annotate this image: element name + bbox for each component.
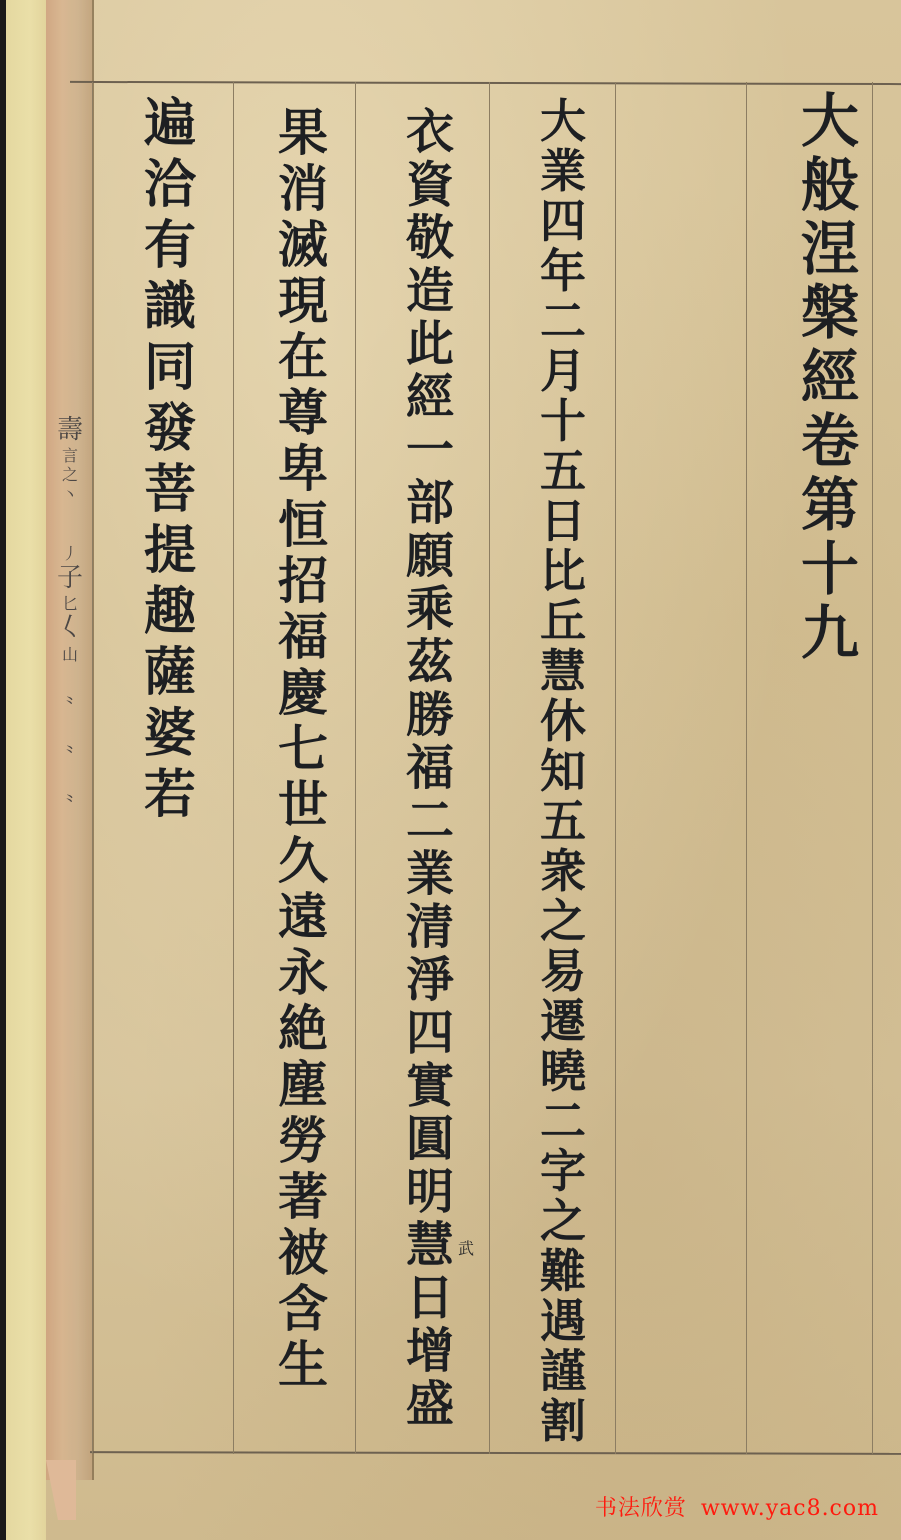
margin-note-char: 𡿨 [57, 613, 83, 644]
colophon-char: 遍 [144, 98, 196, 150]
margin-note-char: ⺀ [62, 694, 78, 713]
colophon-char: 月 [540, 348, 586, 394]
colophon-char: 塵 [278, 1060, 328, 1110]
colophon-char: 部 [406, 479, 454, 527]
margin-note: 壽 言 之 丶 丿 子 匕 𡿨 山 ⺀ ⺀ ⺀ [50, 415, 90, 811]
colophon-char: 慧 [406, 1221, 454, 1269]
colophon-char: 招 [278, 556, 328, 606]
interlinear-annotation: 武 [458, 1236, 474, 1259]
colophon-char: 洽 [144, 159, 196, 211]
colophon-char: 難 [540, 1248, 586, 1294]
column-ruling-line [615, 82, 616, 1454]
colophon-char: 生 [278, 1340, 328, 1390]
title-char: 第 [801, 476, 859, 534]
margin-note-char: 子 [57, 563, 83, 594]
colophon-char: 著 [278, 1172, 328, 1222]
colophon-char: 造 [406, 267, 454, 315]
colophon-char: 大 [540, 98, 586, 144]
colophon-char: 二 [540, 1098, 586, 1144]
margin-note-char: 壽 [57, 415, 83, 446]
colophon-char: 勞 [278, 1116, 328, 1166]
colophon-char: 知 [540, 748, 586, 794]
margin-note-char: 丿 [62, 544, 78, 563]
colophon-char: 提 [144, 525, 196, 577]
colophon-char: 增 [406, 1327, 454, 1375]
colophon-char: 尊 [278, 388, 328, 438]
colophon-char: 易 [540, 948, 586, 994]
colophon-char: 丘 [540, 598, 586, 644]
colophon-char: 發 [144, 403, 196, 455]
colophon-char: 衣 [406, 108, 454, 156]
colophon-char: 日 [406, 1274, 454, 1322]
colophon-char: 恒 [278, 500, 328, 550]
colophon-char: 趣 [144, 586, 196, 638]
colophon-char: 經 [406, 373, 454, 421]
margin-note-char: 言 [62, 446, 78, 465]
colophon-char: 二 [540, 298, 586, 344]
column-ruling-line [233, 82, 234, 1454]
colophon-char: 之 [540, 898, 586, 944]
colophon-char: 薩 [144, 647, 196, 699]
margin-note-char: ⺀ [62, 792, 78, 811]
colophon-char: 七 [278, 724, 328, 774]
colophon-char: 一 [406, 426, 454, 474]
colophon-char: 實 [406, 1062, 454, 1110]
colophon-char: 遷 [540, 998, 586, 1044]
colophon-char: 四 [540, 198, 586, 244]
colophon-char: 字 [540, 1148, 586, 1194]
colophon-char: 願 [406, 532, 454, 580]
colophon-char: 消 [278, 164, 328, 214]
watermark-url: www.yac8.com [701, 1496, 879, 1521]
column-ruling-line [872, 82, 873, 1454]
colophon-char: 年 [540, 248, 586, 294]
title-char: 般 [801, 156, 859, 214]
title-char: 九 [801, 604, 859, 662]
colophon-char: 滅 [278, 220, 328, 270]
colophon-char: 業 [406, 850, 454, 898]
margin-note-char: 匕 [62, 594, 78, 613]
colophon-char: 有 [144, 220, 196, 272]
colophon-char: 盛 [406, 1380, 454, 1428]
mounting-border [6, 0, 46, 1540]
colophon-char: 茲 [406, 638, 454, 686]
colophon-char: 若 [144, 769, 196, 821]
colophon-char: 圓 [406, 1115, 454, 1163]
colophon-char: 在 [278, 332, 328, 382]
colophon-char: 勝 [406, 691, 454, 739]
colophon-char: 十 [540, 398, 586, 444]
colophon-char: 五 [540, 798, 586, 844]
colophon-char: 遇 [540, 1298, 586, 1344]
title-char: 涅 [801, 220, 859, 278]
margin-note-char: 山 [62, 645, 78, 664]
colophon-char: 乘 [406, 585, 454, 633]
margin-note-char: 之 [62, 465, 78, 484]
colophon-column-1: 大 業 四 年 二 月 十 五 日 比 丘 慧 休 知 五 衆 之 易 遷 曉 … [528, 98, 598, 1448]
column-ruling-line [489, 82, 490, 1454]
colophon-char: 明 [406, 1168, 454, 1216]
sutra-title-column: 大 般 涅 槃 經 卷 第 十 九 [790, 92, 870, 668]
colophon-char: 清 [406, 903, 454, 951]
colophon-column-4: 遍 洽 有 識 同 發 菩 提 趣 薩 婆 若 [130, 98, 210, 830]
colophon-char: 含 [278, 1284, 328, 1334]
colophon-char: 此 [406, 320, 454, 368]
colophon-char: 婆 [144, 708, 196, 760]
colophon-char: 曉 [540, 1048, 586, 1094]
colophon-char: 衆 [540, 848, 586, 894]
colophon-char: 福 [406, 744, 454, 792]
colophon-char: 果 [278, 108, 328, 158]
colophon-char: 淨 [406, 956, 454, 1004]
column-ruling-line [355, 82, 356, 1454]
colophon-char: 遠 [278, 892, 328, 942]
colophon-column-2: 衣 資 敬 造 此 經 一 部 願 乘 茲 勝 福 二 業 清 淨 四 實 圓 … [395, 108, 465, 1433]
colophon-column-3: 果 消 滅 現 在 尊 卑 恒 招 福 慶 七 世 久 遠 永 絶 塵 勞 著 … [268, 108, 338, 1396]
colophon-char: 菩 [144, 464, 196, 516]
margin-note-char: 丶 [62, 485, 78, 504]
colophon-char: 業 [540, 148, 586, 194]
colophon-char: 永 [278, 948, 328, 998]
colophon-char: 四 [406, 1009, 454, 1057]
colophon-char: 慶 [278, 668, 328, 718]
colophon-char: 敬 [406, 214, 454, 262]
title-char: 大 [801, 92, 859, 150]
colophon-char: 福 [278, 612, 328, 662]
column-ruling-line [746, 82, 747, 1454]
colophon-char: 世 [278, 780, 328, 830]
colophon-char: 久 [278, 836, 328, 886]
column-ruling-line [92, 82, 93, 1454]
title-char: 經 [801, 348, 859, 406]
colophon-char: 謹 [540, 1348, 586, 1394]
margin-note-char: ⺀ [62, 743, 78, 762]
title-char: 卷 [801, 412, 859, 470]
colophon-char: 二 [406, 797, 454, 845]
colophon-char: 日 [540, 498, 586, 544]
title-char: 十 [801, 540, 859, 598]
colophon-char: 比 [540, 548, 586, 594]
colophon-char: 資 [406, 161, 454, 209]
colophon-char: 休 [540, 698, 586, 744]
colophon-char: 被 [278, 1228, 328, 1278]
colophon-char: 之 [540, 1198, 586, 1244]
watermark-chinese: 书法欣赏 [595, 1496, 687, 1521]
colophon-char: 慧 [540, 648, 586, 694]
colophon-char: 卑 [278, 444, 328, 494]
site-watermark: 书法欣赏www.yac8.com [595, 1491, 879, 1522]
title-char: 槃 [801, 284, 859, 342]
colophon-char: 割 [540, 1398, 586, 1444]
colophon-char: 五 [540, 448, 586, 494]
colophon-char: 識 [144, 281, 196, 333]
colophon-char: 現 [278, 276, 328, 326]
colophon-char: 同 [144, 342, 196, 394]
colophon-char: 絶 [278, 1004, 328, 1054]
